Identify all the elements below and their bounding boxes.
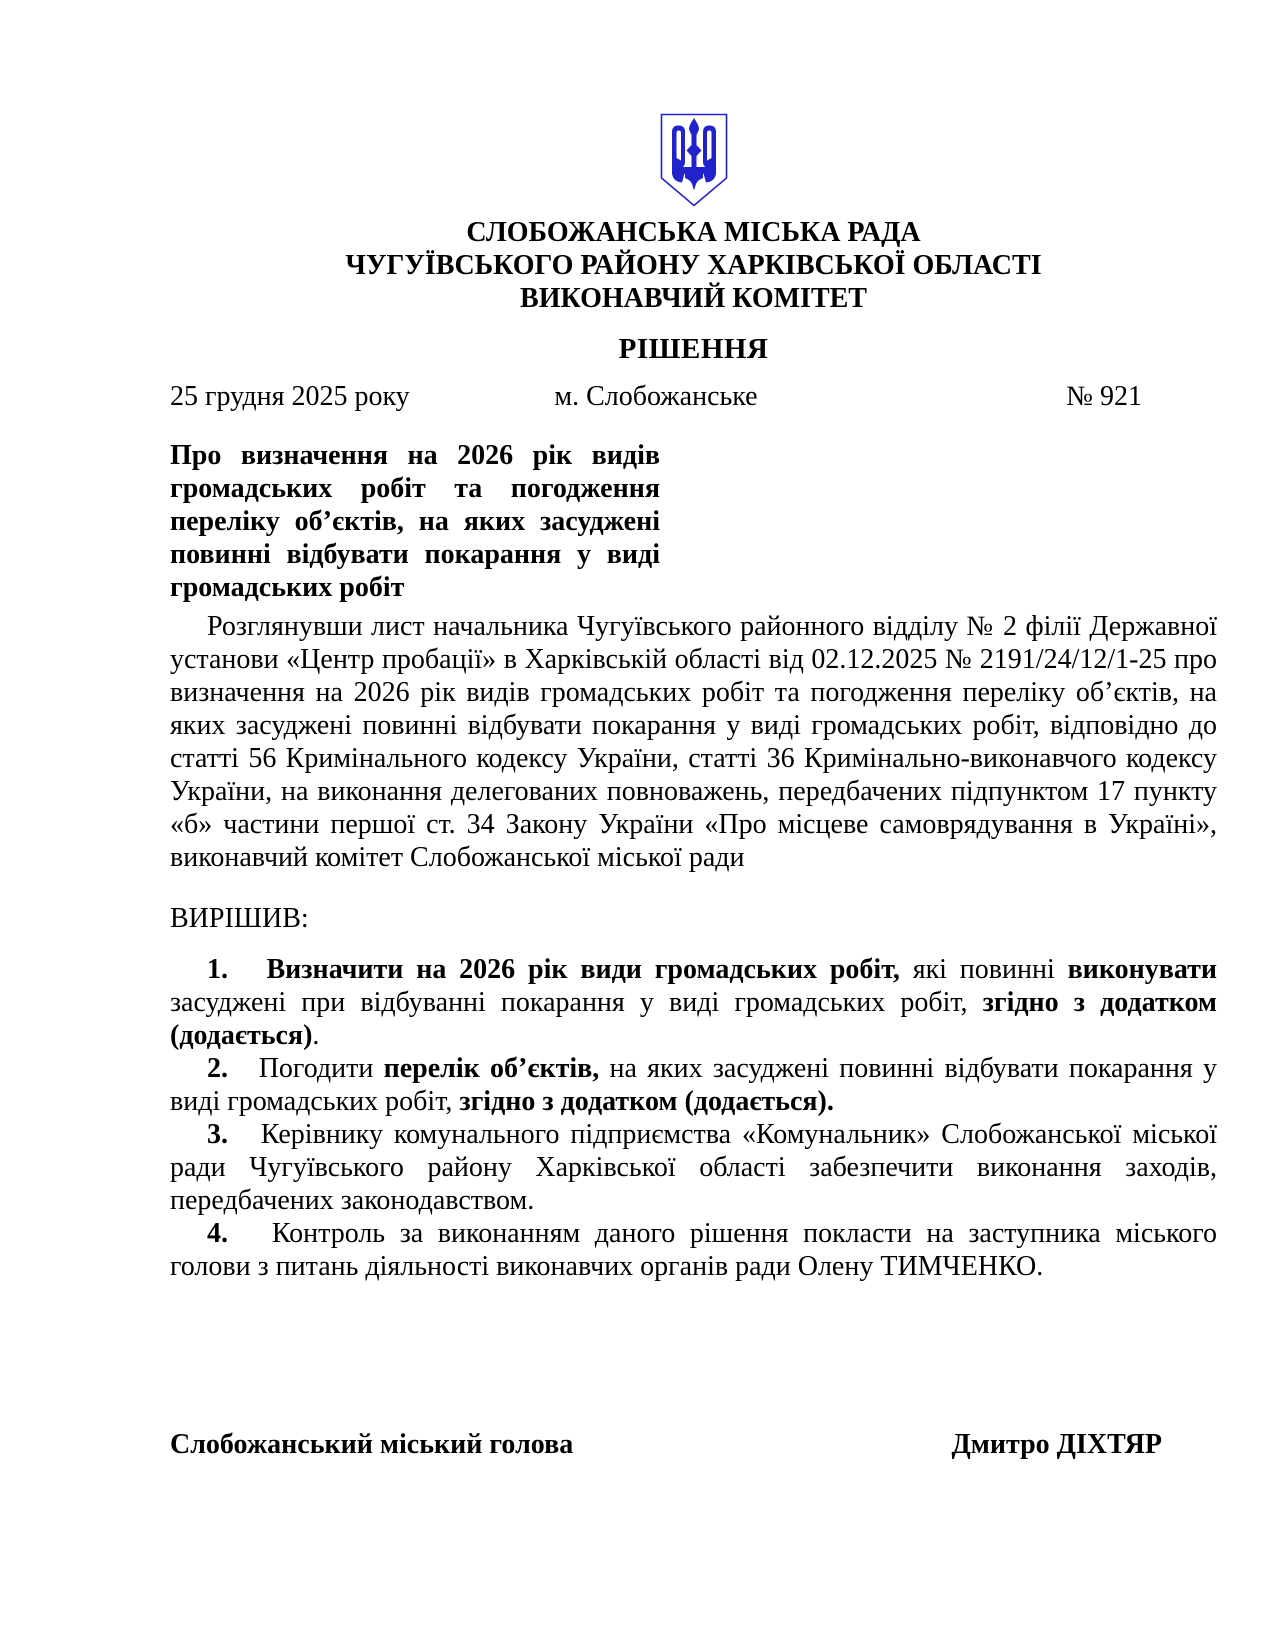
coat-of-arms-tryzub-icon [659, 112, 729, 208]
decision-subject: Про визначення на 2026 рік видів громадс… [170, 439, 660, 604]
organization-header: СЛОБОЖАНСЬКА МІСЬКА РАДА ЧУГУЇВСЬКОГО РА… [170, 216, 1217, 315]
signer-position: Слобожанський міський голова [170, 1428, 573, 1461]
decision-date: 25 грудня 2025 року [170, 380, 494, 413]
document-type-title: РІШЕННЯ [170, 333, 1217, 366]
signer-name: Дмитро ДІХТЯР [952, 1428, 1162, 1461]
preamble-paragraph: Розглянувши лист начальника Чугуївського… [170, 610, 1217, 874]
decree-item-4: 4. Контроль за виконанням даного рішення… [170, 1217, 1217, 1283]
decree-item-1: 1. Визначити на 2026 рік види громадськи… [170, 953, 1217, 1052]
decree-items: 1. Визначити на 2026 рік види громадськи… [170, 953, 1217, 1283]
decree-document-page: СЛОБОЖАНСЬКА МІСЬКА РАДА ЧУГУЇВСЬКОГО РА… [0, 0, 1275, 1650]
decree-item-2: 2. Погодити перелік об’єктів, на яких за… [170, 1052, 1217, 1118]
decision-place: м. Слобожанське [494, 380, 818, 413]
decree-item-3: 3. Керівнику комунального підприємства «… [170, 1118, 1217, 1217]
date-place-number-row: 25 грудня 2025 року м. Слобожанське № 92… [170, 380, 1217, 413]
org-name-line2: ЧУГУЇВСЬКОГО РАЙОНУ ХАРКІВСЬКОЇ ОБЛАСТІ [170, 249, 1217, 282]
decision-number: № 921 [818, 380, 1217, 413]
signature-row: Слобожанський міський голова Дмитро ДІХТ… [170, 1428, 1217, 1461]
org-name-line3: ВИКОНАВЧИЙ КОМІТЕТ [170, 282, 1217, 315]
resolved-label: ВИРІШИВ: [170, 902, 1217, 935]
org-name-line1: СЛОБОЖАНСЬКА МІСЬКА РАДА [170, 216, 1217, 249]
